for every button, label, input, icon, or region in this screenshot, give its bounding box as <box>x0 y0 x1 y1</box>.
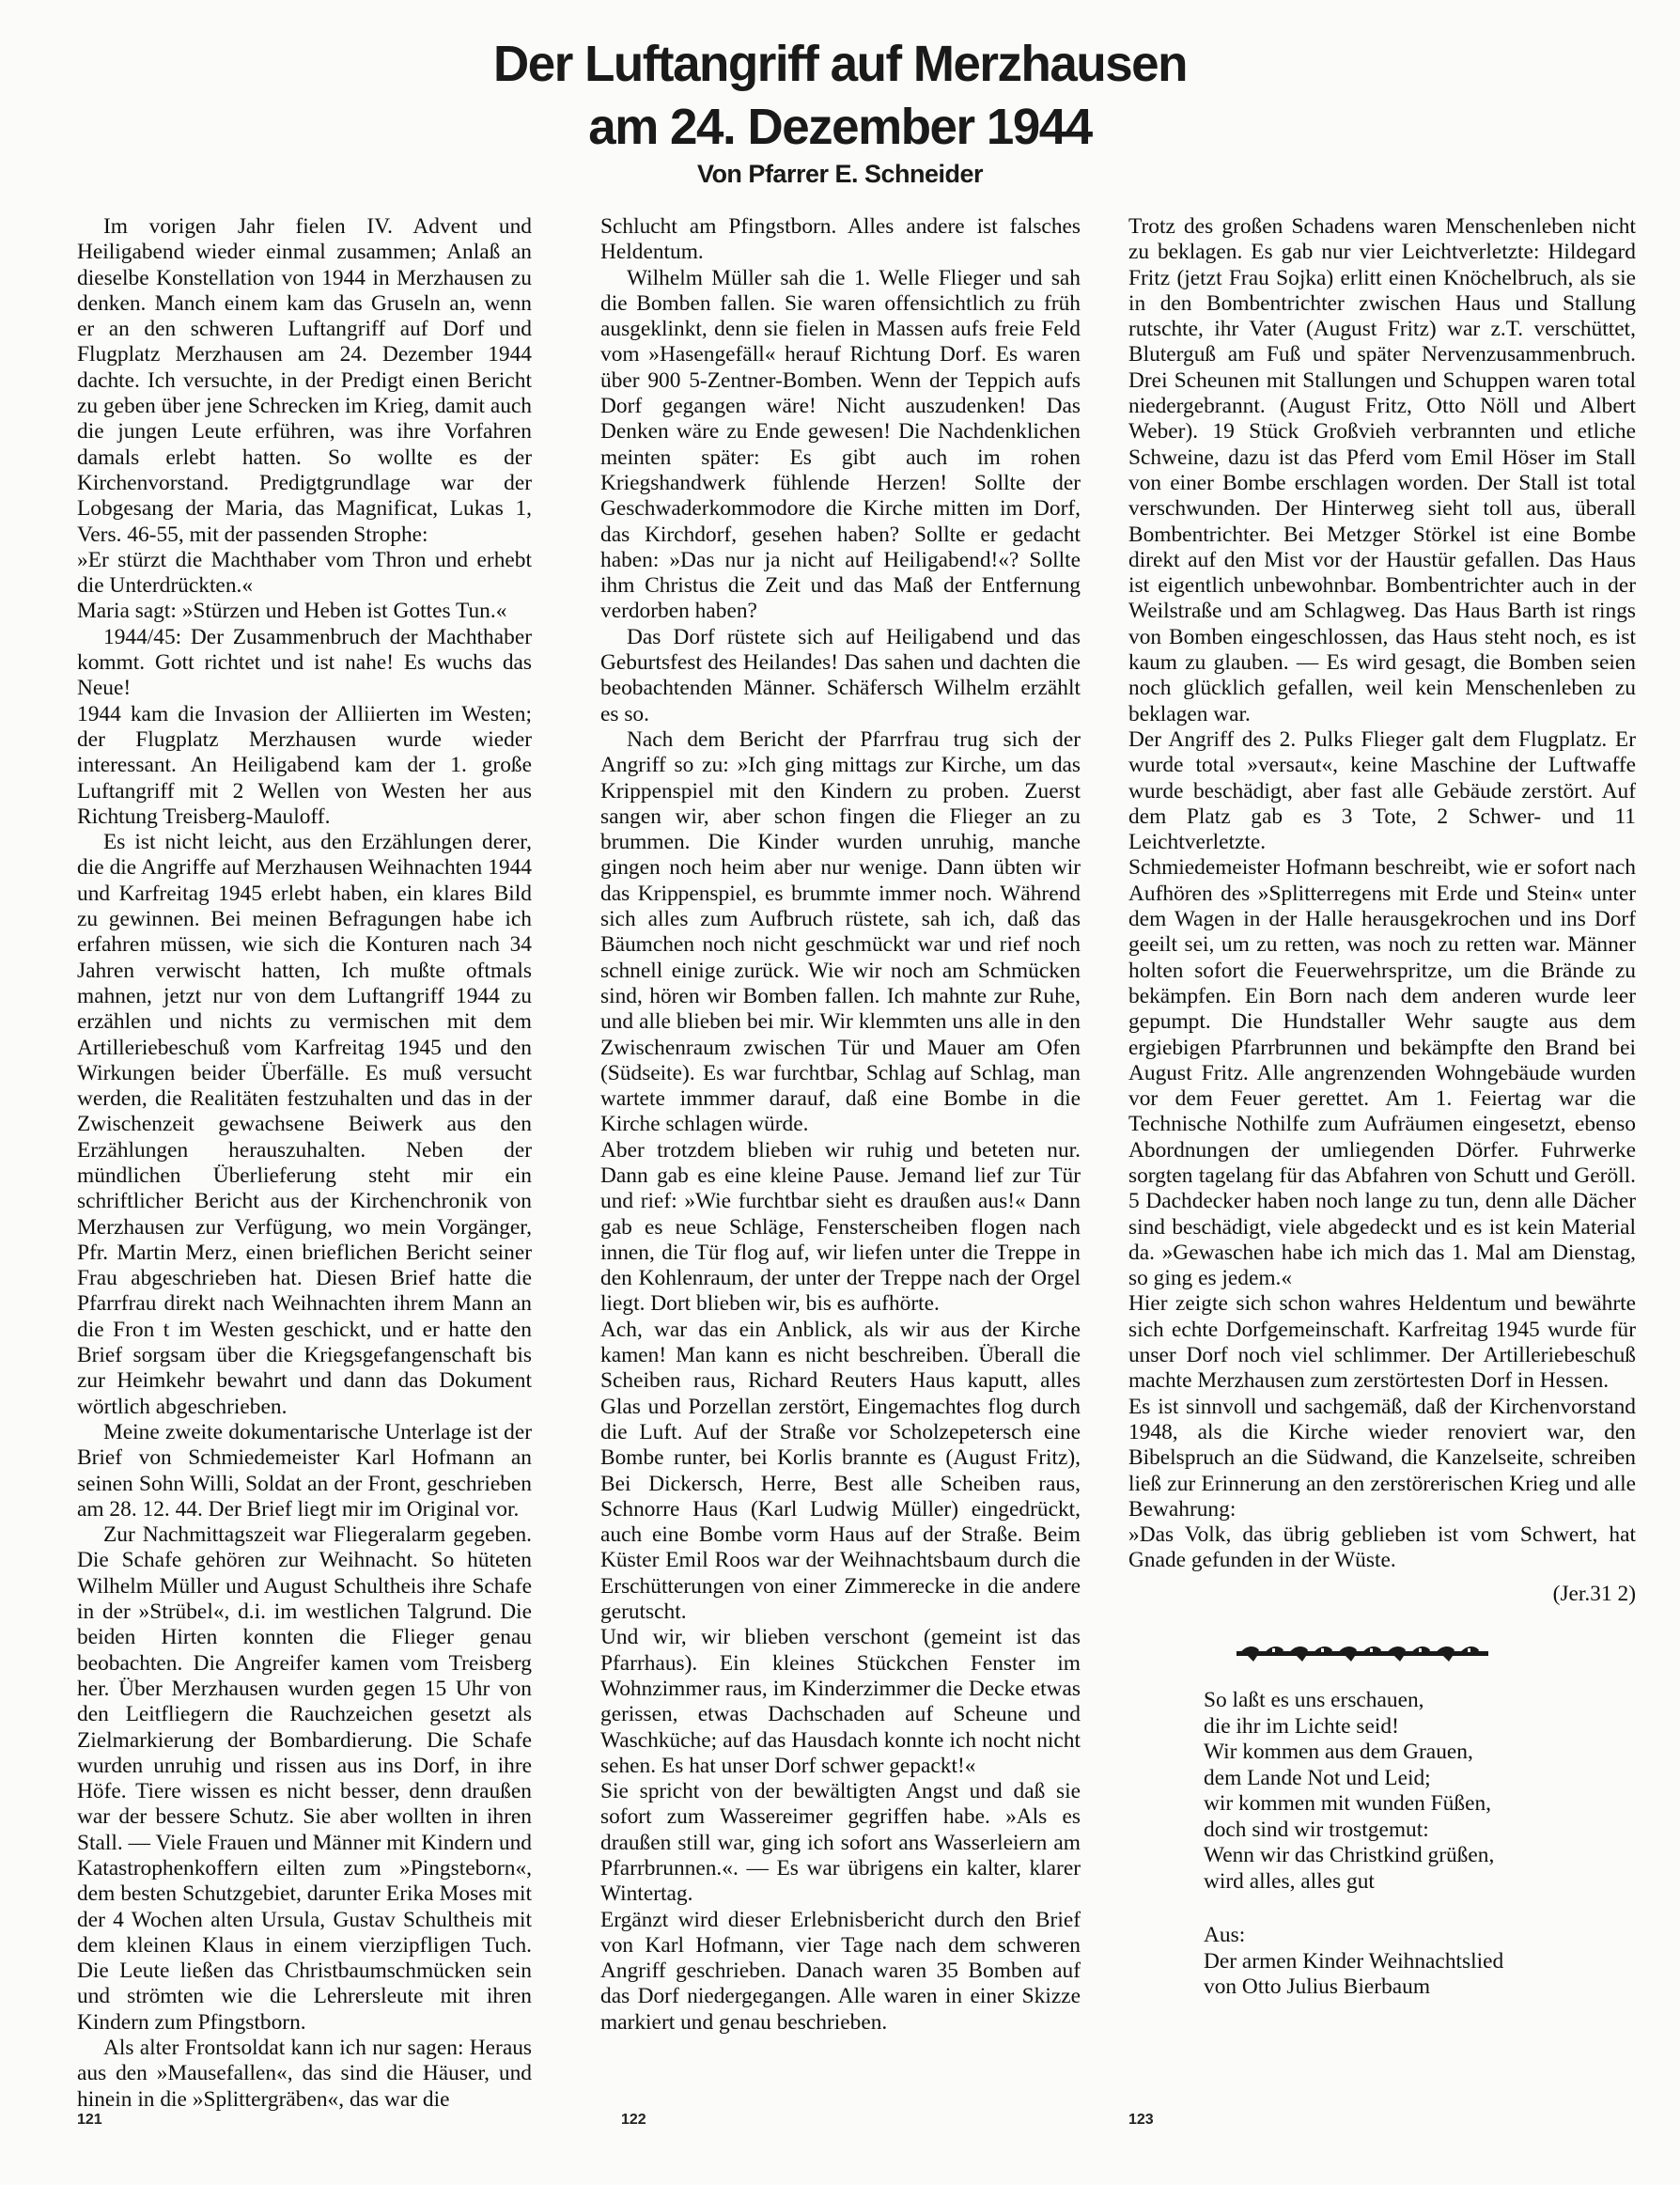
paragraph: 1944/45: Der Zusammenbruch der Machthabe… <box>77 625 532 702</box>
paragraph: Als alter Frontsoldat kann ich nur sagen… <box>77 2036 532 2113</box>
poem-line: dem Lande Not und Leid; <box>1204 1766 1636 1792</box>
paragraph: Maria sagt: »Stürzen und Heben ist Gotte… <box>77 599 532 624</box>
poem-line: doch sind wir trostgemut: <box>1204 1818 1636 1844</box>
page-number-122: 122 <box>621 2112 646 2129</box>
paragraph: Zur Nachmittagszeit war Fliegeralarm geg… <box>77 1522 532 2036</box>
column-3-paragraphs: Trotz des großen Schadens waren Menschen… <box>1128 214 1636 1574</box>
page-number-121: 121 <box>77 2112 102 2129</box>
paragraph: 1944 kam die Invasion der Alliierten im … <box>77 702 532 830</box>
leaf-garland-ornament-icon <box>1235 1643 1490 1663</box>
text-column-1: Im vorigen Jahr fielen IV. Advent und He… <box>77 214 532 2113</box>
paragraph: Sie spricht von der bewältigten Angst un… <box>600 1779 1081 1907</box>
poem-line: die ihr im Lichte seid! <box>1204 1714 1636 1740</box>
poem: So laßt es uns erschauen, die ihr im Lic… <box>1204 1688 1636 1895</box>
paragraph: Nach dem Bericht der Pfarrfrau trug sich… <box>600 727 1081 1138</box>
page-number-123: 123 <box>1128 2112 1154 2129</box>
bible-reference: (Jer.31 2) <box>1128 1582 1636 1607</box>
source-line: von Otto Julius Bierbaum <box>1204 1974 1636 2001</box>
article-byline: Von Pfarrer E. Schneider <box>0 160 1680 189</box>
paragraph: Trotz des großen Schadens waren Menschen… <box>1128 214 1636 727</box>
paragraph: Hier zeigte sich schon wahres Heldentum … <box>1128 1291 1636 1394</box>
paragraph: Wilhelm Müller sah die 1. Welle Flieger … <box>600 266 1081 625</box>
paragraph: Ergänzt wird dieser Erlebnisbericht durc… <box>600 1908 1081 2036</box>
paragraph: »Er stürzt die Machthaber vom Thron und … <box>77 548 532 600</box>
poem-line: wird alles, alles gut <box>1204 1869 1636 1896</box>
paragraph: Aber trotzdem blieben wir ruhig und bete… <box>600 1138 1081 1318</box>
article-header: Der Luftangriff auf Merzhausen am 24. De… <box>0 0 1680 207</box>
paragraph: Und wir, wir blieben verschont (gemeint … <box>600 1625 1081 1779</box>
paragraph: Das Dorf rüstete sich auf Heiligabend un… <box>600 625 1081 727</box>
paragraph: Schlucht am Pfingstborn. Alles andere is… <box>600 214 1081 266</box>
article-title-line-1: Der Luftangriff auf Merzhausen <box>17 34 1663 94</box>
poem-source: Aus: Der armen Kinder Weihnachtslied von… <box>1204 1923 1636 2001</box>
poem-line: So laßt es uns erschauen, <box>1204 1688 1636 1714</box>
source-line: Der armen Kinder Weihnachtslied <box>1204 1949 1636 1975</box>
paragraph: Schmiedemeister Hofmann beschreibt, wie … <box>1128 855 1636 1291</box>
text-column-3: Trotz des großen Schadens waren Menschen… <box>1128 214 1636 2001</box>
poem-line: Wir kommen aus dem Grauen, <box>1204 1740 1636 1766</box>
paragraph: Im vorigen Jahr fielen IV. Advent und He… <box>77 214 532 548</box>
paragraph: Es ist nicht leicht, aus den Erzählungen… <box>77 830 532 1420</box>
paragraph: Ach, war das ein Anblick, als wir aus de… <box>600 1318 1081 1626</box>
paragraph: Der Angriff des 2. Pulks Flieger galt de… <box>1128 727 1636 855</box>
poem-line: wir kommen mit wunden Füßen, <box>1204 1791 1636 1818</box>
paragraph: Es ist sinnvoll und sachgemäß, daß der K… <box>1128 1395 1636 1522</box>
text-column-2: Schlucht am Pfingstborn. Alles andere is… <box>600 214 1081 2036</box>
poem-line: Wenn wir das Christkind grüßen, <box>1204 1843 1636 1869</box>
paragraph: Meine zweite dokumentarische Unterlage i… <box>77 1420 532 1522</box>
source-line: Aus: <box>1204 1923 1636 1949</box>
paragraph: »Das Volk, das übrig geblieben ist vom S… <box>1128 1522 1636 1574</box>
article-title-line-2: am 24. Dezember 1944 <box>17 97 1663 157</box>
